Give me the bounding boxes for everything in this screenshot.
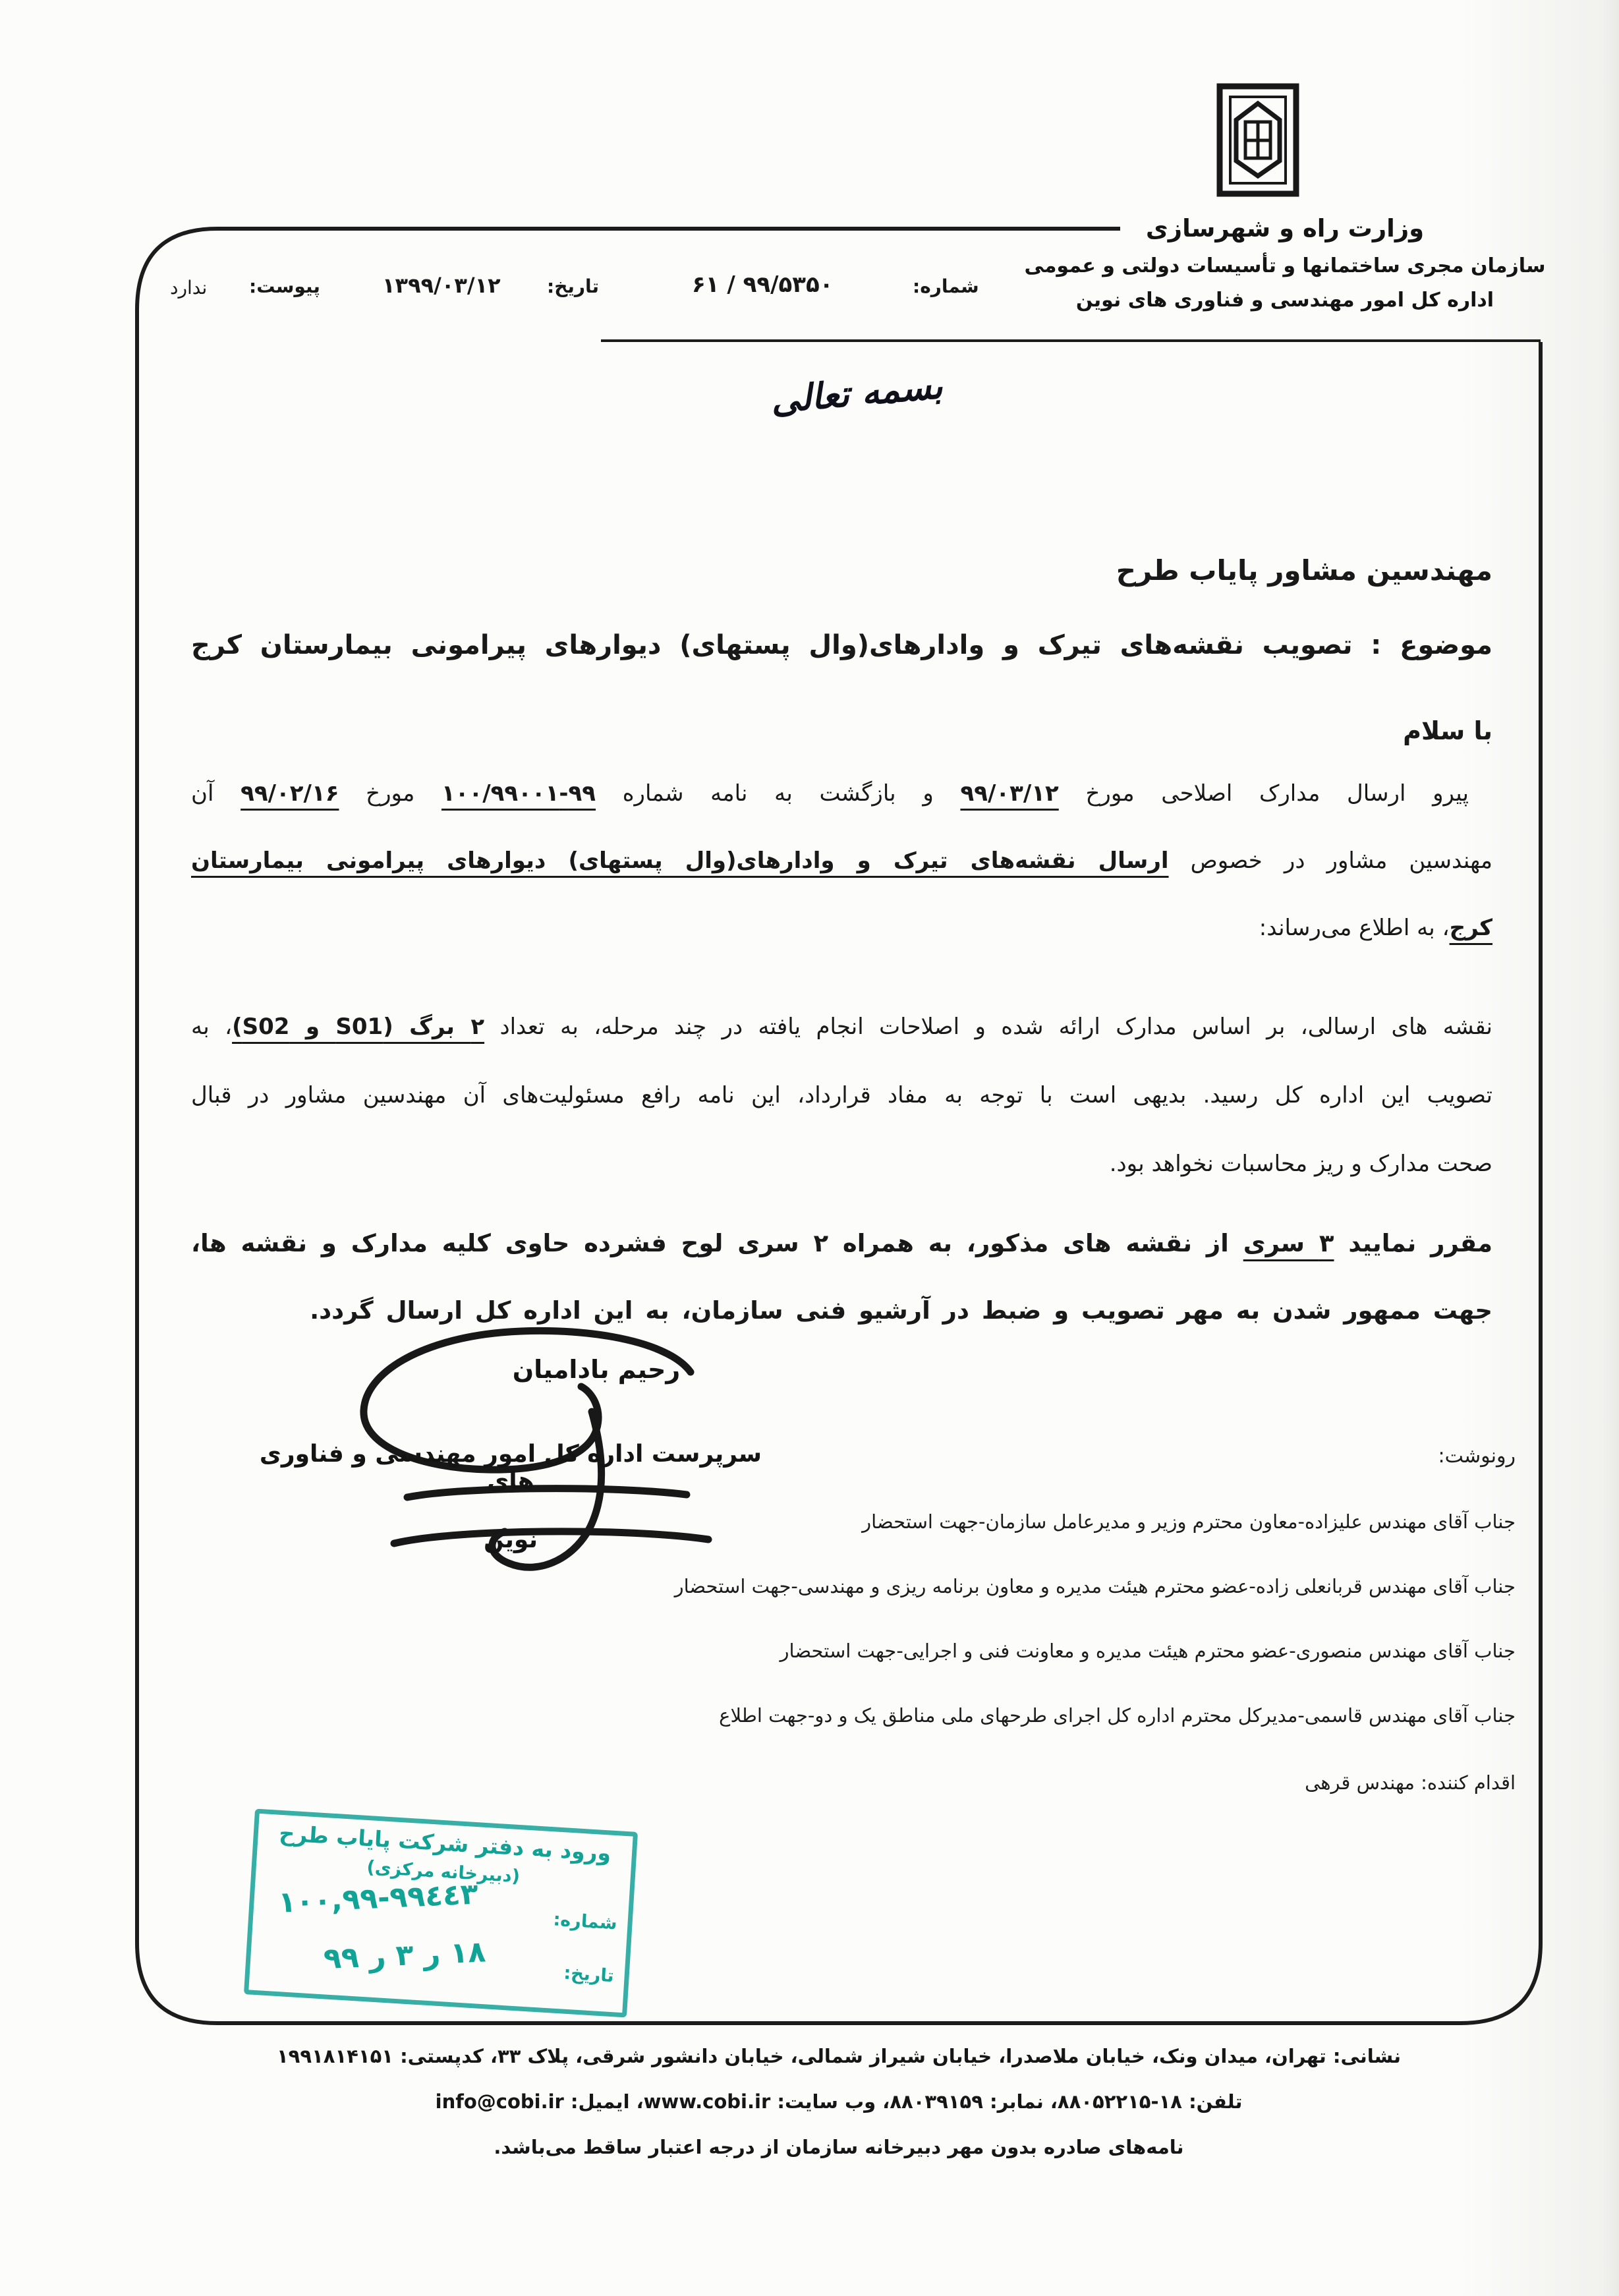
- signatory-title-line2: نوین: [254, 1526, 768, 1553]
- body-line-6: صحت مدارک و ریز محاسبات نخواهد بود.: [191, 1149, 1492, 1180]
- cc-label: رونوشت:: [1438, 1445, 1516, 1468]
- letter-date-label: تاریخ:: [547, 275, 599, 297]
- referenced-date: ۹۹/۰۲/۱۶: [241, 780, 339, 807]
- body-text: ، به: [191, 1014, 232, 1040]
- letter-date-value: ۱۳۹۹/۰۳/۱۲: [382, 273, 501, 298]
- ministry-name: وزارت راه و شهرسازی: [1015, 214, 1555, 243]
- cc-item-1: جناب آقای مهندس علیزاده-معاون محترم وزیر…: [862, 1510, 1516, 1533]
- stamp-number-label: شماره:: [553, 1909, 618, 1934]
- scanned-letter-page: { "colors": { "ink": "#1a1a1a", "stamp_t…: [0, 0, 1619, 2296]
- body-line-2: مهندسین مشاور در خصوص ارسال نقشه‌های تیر…: [191, 846, 1492, 876]
- cc-item-2: جناب آقای مهندس قربانعلی زاده-عضو محترم …: [675, 1575, 1516, 1597]
- subject-line: موضوع : تصویب نقشه‌های تیرک و وادارهای(و…: [191, 627, 1492, 663]
- city-name: کرج: [1450, 915, 1492, 941]
- body-text: نقشه های ارسالی، بر اساس مدارک ارائه شده…: [484, 1014, 1492, 1040]
- body-line-7: مقرر نمایید ۳ سری از نقشه های مذکور، به …: [191, 1227, 1492, 1260]
- body-text: مهندسین مشاور در خصوص: [1169, 847, 1492, 874]
- body-text: از نقشه های مذکور، به همراه ۲ سری لوح فش…: [191, 1229, 1243, 1257]
- body-text: پیرو ارسال مدارک اصلاحی مورخ: [1059, 780, 1469, 807]
- recipient-line: مهندسین مشاور پایاب طرح: [191, 552, 1492, 590]
- sheet-count-phrase: ۲ برگ (S01 و S02): [232, 1014, 484, 1040]
- letter-number-value: ۹۹/۵۳۵۰ / ۶۱: [692, 272, 834, 298]
- body-text: مورخ: [339, 780, 441, 807]
- page-frame-and-signature: [0, 0, 1619, 2296]
- stamp-date-label: تاریخ:: [563, 1963, 615, 1987]
- body-text: مقرر نمایید: [1334, 1229, 1492, 1257]
- organization-name: سازمان مجری ساختمانها و تأسیسات دولتی و …: [1015, 254, 1555, 278]
- stamp-number-value: ۱۰۰,۹۹-۹۹٤٤۳: [277, 1878, 478, 1920]
- cc-item-3: جناب آقای مهندس منصوری-عضو محترم هیئت مد…: [780, 1640, 1516, 1662]
- letter-number-label: شماره:: [913, 275, 979, 297]
- body-line-8: جهت ممهور شدن به مهر تصویب و ضبط در آرشی…: [191, 1294, 1492, 1327]
- body-line-5: تصویب این اداره کل رسید. بدیهی است با تو…: [191, 1081, 1492, 1111]
- frame-border: [137, 229, 1541, 2023]
- body-line-1: پیرو ارسال مدارک اصلاحی مورخ ۹۹/۰۳/۱۲ و …: [191, 779, 1492, 809]
- salutation: با سلام: [191, 714, 1492, 748]
- stamp-date-value: ۱۸ ر ۳ ر ۹۹: [323, 1935, 486, 1976]
- emphasized-subject-phrase: ارسال نقشه‌های تیرک و وادارهای(وال پستها…: [191, 847, 1169, 874]
- registration-stamp: ورود به دفتر شرکت پایاب طرح (دبیرخانه مر…: [244, 1808, 638, 2017]
- action-by-line: اقدام کننده: مهندس قرهی: [1305, 1771, 1516, 1794]
- body-text: ، به اطلاع می‌رساند:: [1259, 915, 1450, 941]
- body-line-3: کرج، به اطلاع می‌رساند:: [191, 913, 1492, 944]
- department-name: اداره کل امور مهندسی و فناوری های نوین: [1015, 289, 1555, 312]
- footer-disclaimer: نامه‌های صادره بدون مهر دبیرخانه سازمان …: [137, 2136, 1541, 2158]
- footer-contacts: تلفن: ۱۸-۸۸۰۵۲۲۱۵، نمابر: ۸۸۰۳۹۱۵۹، وب س…: [137, 2090, 1541, 2113]
- attachment-label: پیوست:: [249, 275, 320, 297]
- series-count: ۳ سری: [1243, 1229, 1334, 1257]
- referenced-date: ۹۹/۰۳/۱۲: [960, 780, 1058, 807]
- body-text: و بازگشت به نامه شماره: [596, 780, 960, 807]
- signatory-name: رحیم بادامیان: [488, 1355, 705, 1384]
- footer-address: نشانی: تهران، میدان ونک، خیابان ملاصدرا،…: [137, 2045, 1541, 2067]
- signatory-title-line1: سرپرست اداره کل امور مهندسی و فناوری های: [254, 1441, 768, 1495]
- ministry-emblem-icon: [1216, 82, 1300, 198]
- referenced-letter-number: ۹۹-۱۰۰/۹۹۰۰۱: [441, 780, 596, 807]
- cc-item-4: جناب آقای مهندس قاسمی-مدیرکل محترم اداره…: [719, 1704, 1516, 1727]
- body-line-4: نقشه های ارسالی، بر اساس مدارک ارائه شده…: [191, 1012, 1492, 1043]
- bismillah-calligraphy: بسمه تعالی: [697, 359, 1016, 428]
- body-text: آن: [191, 780, 241, 807]
- letterhead: وزارت راه و شهرسازی سازمان مجری ساختمانه…: [1015, 214, 1555, 312]
- attachment-value: ندارد: [170, 277, 207, 299]
